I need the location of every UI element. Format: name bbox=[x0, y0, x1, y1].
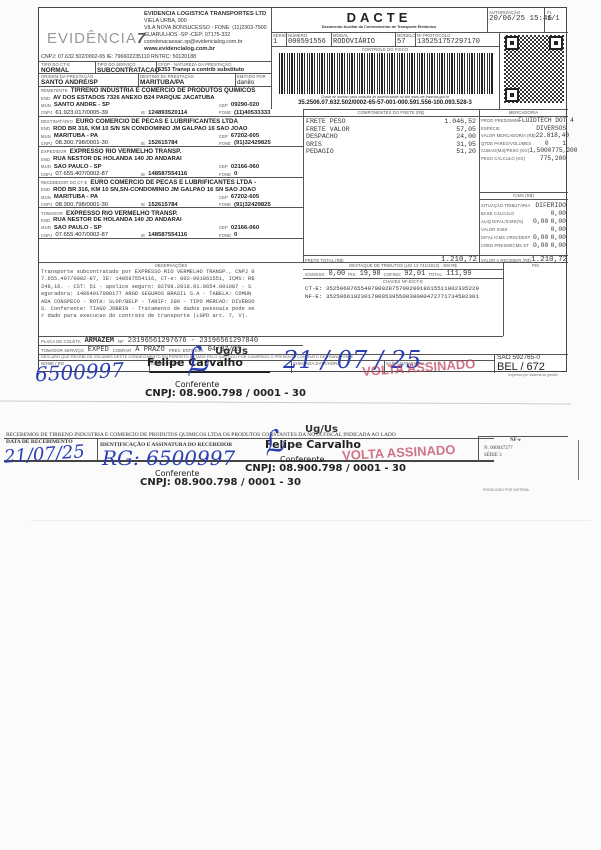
ie-label: IE bbox=[141, 141, 145, 146]
componente-value: 51,20 bbox=[456, 148, 476, 155]
party-city: SANTO ANDRE - SP bbox=[54, 102, 110, 108]
serie: SÉRIE 1 bbox=[273, 33, 286, 46]
folha: FL 1/1 bbox=[547, 10, 560, 23]
barcode-icon bbox=[279, 53, 493, 94]
icms-value-b: 0,00 bbox=[551, 234, 566, 241]
parties-section: REMETENTETIRRENO INDUSTRIA E COMERCIO DE… bbox=[39, 86, 303, 239]
handwritten-rg: 6500997 bbox=[34, 358, 124, 387]
slip-edge bbox=[0, 401, 571, 405]
party-city: SAO PAULO - SP bbox=[54, 225, 102, 231]
party-role-label: EXPEDIDOR bbox=[41, 149, 67, 154]
stamp-cnpj: CNPJ: 08.900.798 / 0001 - 30 bbox=[145, 388, 306, 399]
party-city: MARITUBA - PA bbox=[54, 194, 98, 200]
emitter-info: EVIDENCIA LOGISTICA TRANSPORTES LTD VIEL… bbox=[144, 11, 267, 53]
componente-row: PEDAGIO51,20 bbox=[306, 148, 476, 156]
bel-code: BEL / 672 bbox=[497, 361, 545, 373]
componente-name: PEDAGIO bbox=[306, 148, 334, 155]
chave-acesso: 35.2506.07.632.502/0002-65-57-001-000.59… bbox=[273, 100, 497, 106]
handwritten-receipt-date: 21/07/25 bbox=[3, 441, 85, 468]
canhoto-footer: Impresso por sistema de gestão bbox=[508, 373, 558, 377]
party-address: RUA NESTOR DE HOLANDA 140 JD ANDARAI bbox=[53, 217, 182, 223]
emitter-address3: GUARULHOS -SP -CEP: 07175-332 bbox=[144, 32, 267, 39]
mun-label: MUN bbox=[41, 195, 51, 200]
party-address: ROD BR 316, KM 10 SN,SN-CONDOMINIO JM GA… bbox=[53, 187, 256, 193]
party-cep: 02166-060 bbox=[231, 164, 259, 170]
party-role-label: REMETENTE bbox=[41, 88, 68, 93]
cep-label: CEP bbox=[219, 195, 228, 200]
dacte-title: DACTE bbox=[271, 10, 487, 25]
nfe-serie: SÉRIE 3 bbox=[484, 453, 502, 458]
party-city: MARITUBA - PA bbox=[54, 133, 98, 139]
party-address: AV DOS ESTADOS 7326 ANEXO B24 PARQUE JAC… bbox=[53, 95, 214, 101]
fone-label: FONE bbox=[219, 110, 231, 115]
icms-value-b: 0,00 bbox=[551, 226, 566, 233]
icms-title: ICMS (R$) bbox=[479, 193, 568, 198]
icms-block: SITUAÇÃO TRIBUTÁRIADIFERIDOBASE CÁLCULO0… bbox=[481, 201, 566, 249]
mun-label: MUN bbox=[41, 164, 51, 169]
componentes-list: FRETE PESO1.046,52FRETE VALOR57,05DESPAC… bbox=[306, 118, 476, 156]
end-label: END bbox=[41, 218, 50, 223]
icms-value-a: 0,00 bbox=[533, 242, 548, 249]
party-role-label: DESTINATÁRIO bbox=[41, 119, 73, 124]
emitter-ids: CNPJ: 07.632.502/0002-65 IE: 79660223511… bbox=[41, 54, 196, 61]
stamp-top-mark: Ug/Us bbox=[215, 346, 248, 357]
componente-name: DESPACHO bbox=[306, 133, 338, 140]
party-city: SAO PAULO - SP bbox=[54, 164, 102, 170]
componente-value: 31,95 bbox=[456, 141, 476, 148]
party-cnpj: 08.300.798/0001-30 bbox=[55, 202, 108, 208]
receipt-stamp-cnpj: CNPJ: 08.900.798 / 0001 - 30 bbox=[245, 463, 406, 474]
receipt-stamp-cnpj-2: CNPJ: 08.900.798 / 0001 - 30 bbox=[140, 477, 301, 488]
mun-label: MUN bbox=[41, 225, 51, 230]
fone-label: FONE bbox=[219, 141, 231, 146]
icms-value-a: 0,00 bbox=[533, 234, 548, 241]
observacoes-text: Transporte subcontratado por EXPRESSO RI… bbox=[41, 269, 303, 321]
party-remetente: REMETENTETIRRENO INDUSTRIA E COMERCIO DE… bbox=[39, 86, 303, 117]
party-fone: 0 bbox=[234, 232, 237, 238]
fone-label: FONE bbox=[219, 172, 231, 177]
numero: NÚMERO 000591556 bbox=[288, 33, 326, 46]
sao-code: SAO 592765-0 bbox=[497, 354, 540, 361]
party-ie: 152615784 bbox=[148, 140, 178, 146]
nfe-label: NF-e bbox=[510, 438, 521, 443]
handwritten-receipt-rg: RG: 6500997 bbox=[102, 446, 235, 470]
componente-name: GRIS bbox=[306, 141, 322, 148]
end-label: END bbox=[41, 126, 50, 131]
observacoes-title: OBSERVAÇÕES bbox=[39, 263, 303, 268]
mercadoria-title: MERCADORIA bbox=[479, 110, 568, 115]
cep-label: CEP bbox=[219, 103, 228, 108]
tributos-row: ICMS/ISS:0,00 PIS:19,98 COFINS:92,01 TOT… bbox=[305, 270, 501, 278]
componente-row: GRIS31,95 bbox=[306, 141, 476, 149]
autorizacao: AUTORIZAÇÃO 20/06/25 15:46 bbox=[489, 10, 552, 23]
party-cnpj: 08.300.798/0001-30 bbox=[55, 140, 108, 146]
icms-value-b: 0,00 bbox=[551, 218, 566, 225]
componente-value: 24,00 bbox=[456, 133, 476, 140]
icms-row: CRED PRESM/ICMS ST0,000,00 bbox=[481, 241, 566, 249]
chave-hint: Chave de acesso para consulta de autenti… bbox=[273, 95, 497, 99]
party-destinat-rio: DESTINATÁRIOEURO COMERCIO DE PECAS E LUB… bbox=[39, 117, 303, 148]
cfop: CFOP - NATUREZA DA PRESTAÇÃO 6353 Transp… bbox=[158, 62, 244, 73]
mun-label: MUN bbox=[41, 103, 51, 108]
party-tomador: TOMADOREXPRESSO RIO VERMELHO TRANSP.ENDR… bbox=[39, 208, 303, 239]
party-fone: 0 bbox=[234, 171, 237, 177]
party-cep: 67202-605 bbox=[231, 194, 259, 200]
protocolo: Nº PROTOCOLO 135251757297170 bbox=[417, 33, 480, 46]
ie-label: IE bbox=[141, 233, 145, 238]
party-name: EURO COMERCIO DE PECAS E LUBRIFICANTES L… bbox=[90, 179, 256, 186]
fone-label: FONE bbox=[219, 233, 231, 238]
icms-label: BASE CÁLCULO bbox=[481, 211, 514, 216]
componentes-title: COMPONENTES DO FRETE (R$) bbox=[303, 110, 479, 115]
party-cep: 02166-060 bbox=[231, 225, 259, 231]
cep-label: CEP bbox=[219, 134, 228, 139]
componente-row: FRETE PESO1.046,52 bbox=[306, 118, 476, 126]
modal: MODAL RODOVIÁRIO bbox=[333, 33, 375, 46]
emitter-logo: EVIDÊNCIA7 bbox=[47, 30, 146, 47]
ie-label: IE bbox=[141, 202, 145, 207]
chaves-title: CHAVES NF-E/CT-E bbox=[303, 279, 503, 284]
party-cep: 09290-020 bbox=[231, 102, 259, 108]
ie-label: IE bbox=[141, 172, 145, 177]
party-name: EXPRESSO RIO VERMELHO TRANSP. bbox=[66, 210, 178, 217]
cep-label: CEP bbox=[219, 164, 228, 169]
cnpj-label: CNPJ bbox=[41, 233, 52, 238]
componente-row: FRETE VALOR57,05 bbox=[306, 126, 476, 134]
icms-row: ALIQ DIFAL/ICMS(%)0,000,00 bbox=[481, 217, 566, 225]
emitter-email: coordenacaosac.sp@evidencialog.com.br bbox=[144, 39, 267, 46]
cnpj-label: CNPJ bbox=[41, 202, 52, 207]
party-ie: 148587554116 bbox=[148, 232, 187, 238]
controle-fisco-label: CONTROLE DO FISCO bbox=[271, 47, 499, 52]
scanned-page: EVIDÊNCIA7 EVIDENCIA LOGISTICA TRANSPORT… bbox=[0, 0, 601, 850]
icms-label: SITUAÇÃO TRIBUTÁRIA bbox=[481, 203, 530, 208]
icms-label: DIFAL ICMS ORIG/DEST bbox=[481, 235, 530, 240]
pix-label: PIX bbox=[503, 263, 568, 268]
componente-name: FRETE PESO bbox=[306, 118, 346, 125]
icms-row: SITUAÇÃO TRIBUTÁRIADIFERIDO bbox=[481, 201, 566, 209]
receipt-stamp-mark: Ug/Us bbox=[305, 424, 338, 435]
end-label: END bbox=[41, 187, 50, 192]
qr-code-icon bbox=[504, 35, 564, 103]
chave-nfe: NF-E: 3525066192301700053955003000047277… bbox=[305, 293, 479, 300]
icms-row: VALOR ICMS0,00 bbox=[481, 225, 566, 233]
dacte-subtitle: Documento Auxiliar do Conhecimento de Tr… bbox=[274, 25, 484, 29]
componente-value: 57,05 bbox=[456, 126, 476, 133]
party-name: EURO COMERCIO DE PECAS E LUBRIFICANTES L… bbox=[76, 118, 238, 125]
party-expedidor: EXPEDIDOREXPRESSO RIO VERMELHO TRANSP.EN… bbox=[39, 147, 303, 178]
party-name: TIRRENO INDUSTRIA E COMERCIO DE PRODUTOS… bbox=[71, 87, 256, 94]
nfe-number: N. 000047277 bbox=[484, 446, 513, 451]
cep-label: CEP bbox=[219, 225, 228, 230]
fone-label: FONE bbox=[219, 202, 231, 207]
party-fone: (11)40533333 bbox=[234, 110, 270, 116]
cnpj-label: CNPJ bbox=[41, 172, 52, 177]
dacte-document: EVIDÊNCIA7 EVIDENCIA LOGISTICA TRANSPORT… bbox=[38, 7, 567, 372]
chave-cte: CT-E: 3525060765540700028757002001861551… bbox=[305, 285, 479, 292]
tomador-row: TOMADOR SERVIÇOEXPED COBRARA PRAZO PREV.… bbox=[41, 346, 241, 354]
emitter-address2: VILA NOVA BONSUCESSO - FONE: (11)2303-75… bbox=[144, 25, 267, 32]
cnpj-label: CNPJ bbox=[41, 141, 52, 146]
cnpj-label: CNPJ bbox=[41, 110, 52, 115]
icms-value-a: 0,00 bbox=[533, 218, 548, 225]
emitter-site: www.evidencialog.com.br bbox=[144, 46, 267, 53]
receipt-stamp-role-2: Conferente bbox=[155, 469, 199, 478]
party-cep: 67202-605 bbox=[231, 133, 259, 139]
party-ie: 148587554116 bbox=[148, 171, 187, 177]
party-ie: 124893520114 bbox=[148, 110, 187, 116]
componente-value: 1.046,52 bbox=[444, 118, 476, 125]
componente-row: DESPACHO24,00 bbox=[306, 133, 476, 141]
party-recebedor-do-ct-e: RECEBEDOR DO CT-EEURO COMERCIO DE PECAS … bbox=[39, 178, 303, 209]
icms-label: ALIQ DIFAL/ICMS(%) bbox=[481, 219, 523, 224]
origem: ORIGEM DA PRESTAÇÃO SANTO ANDRE/SP bbox=[41, 74, 98, 86]
icms-label: CRED PRESM/ICMS ST bbox=[481, 243, 529, 248]
end-label: END bbox=[41, 157, 50, 162]
modelo: MODELO 57 bbox=[397, 33, 416, 46]
placa-row: PLACA DE COLETAARMAZEM NF23196561297676 … bbox=[41, 337, 258, 345]
icms-row: BASE CÁLCULO0,00 bbox=[481, 209, 566, 217]
icms-label: VALOR ICMS bbox=[481, 227, 508, 232]
receipt-signature-scribble-icon: ℒ bbox=[257, 423, 289, 463]
end-label: END bbox=[41, 96, 50, 101]
mun-label: MUN bbox=[41, 134, 51, 139]
icms-value-b: 0,00 bbox=[551, 210, 566, 217]
party-fone: (91)32429825 bbox=[234, 202, 271, 208]
party-fone: (91)32429825 bbox=[234, 140, 271, 146]
party-cnpj: 61.923.017/0005-39 bbox=[55, 110, 108, 116]
party-role-label: RECEBEDOR DO CT-E bbox=[41, 180, 87, 185]
party-name: EXPRESSO RIO VERMELHO TRANSP. bbox=[70, 148, 182, 155]
emitter-address1: VIELA URBA, 900 bbox=[144, 18, 267, 25]
party-cnpj: 07.655.407/0002-87 bbox=[55, 171, 108, 177]
ie-label: IE bbox=[141, 110, 145, 115]
receipt-footer: PRODUZIDO POR SISTEMA bbox=[483, 488, 529, 492]
party-ie: 152615784 bbox=[148, 202, 178, 208]
party-role-label: TOMADOR bbox=[41, 211, 63, 216]
emitido-por: EMITIDO POR danilo bbox=[237, 74, 266, 86]
logo-text: EVIDÊNCIA bbox=[47, 30, 137, 47]
party-address: ROD BR 316, KM 10 S/N SN CONDOMINIO JM G… bbox=[53, 126, 247, 132]
party-cnpj: 07.655.407/0002-87 bbox=[55, 232, 108, 238]
party-address: RUA NESTOR DE HOLANDA 140 JD ANDARAI bbox=[53, 156, 182, 162]
destino: DESTINO DA PRESTAÇÃO MARITUBA/PA bbox=[140, 74, 194, 86]
icms-row: DIFAL ICMS ORIG/DEST0,000,00 bbox=[481, 233, 566, 241]
icms-value-b: DIFERIDO bbox=[535, 202, 566, 209]
emitter-name: EVIDENCIA LOGISTICA TRANSPORTES LTD bbox=[144, 11, 267, 18]
mercadoria-block: PROD PREDOMINFLUIDTECH DOT 4 ESPÉCIEDIVE… bbox=[481, 117, 566, 162]
tributos-title: DESTAQUE DE TRIBUTOS (Lei 12.741/2012) -… bbox=[303, 263, 503, 268]
icms-value-b: 0,00 bbox=[551, 242, 566, 249]
componente-name: FRETE VALOR bbox=[306, 126, 350, 133]
